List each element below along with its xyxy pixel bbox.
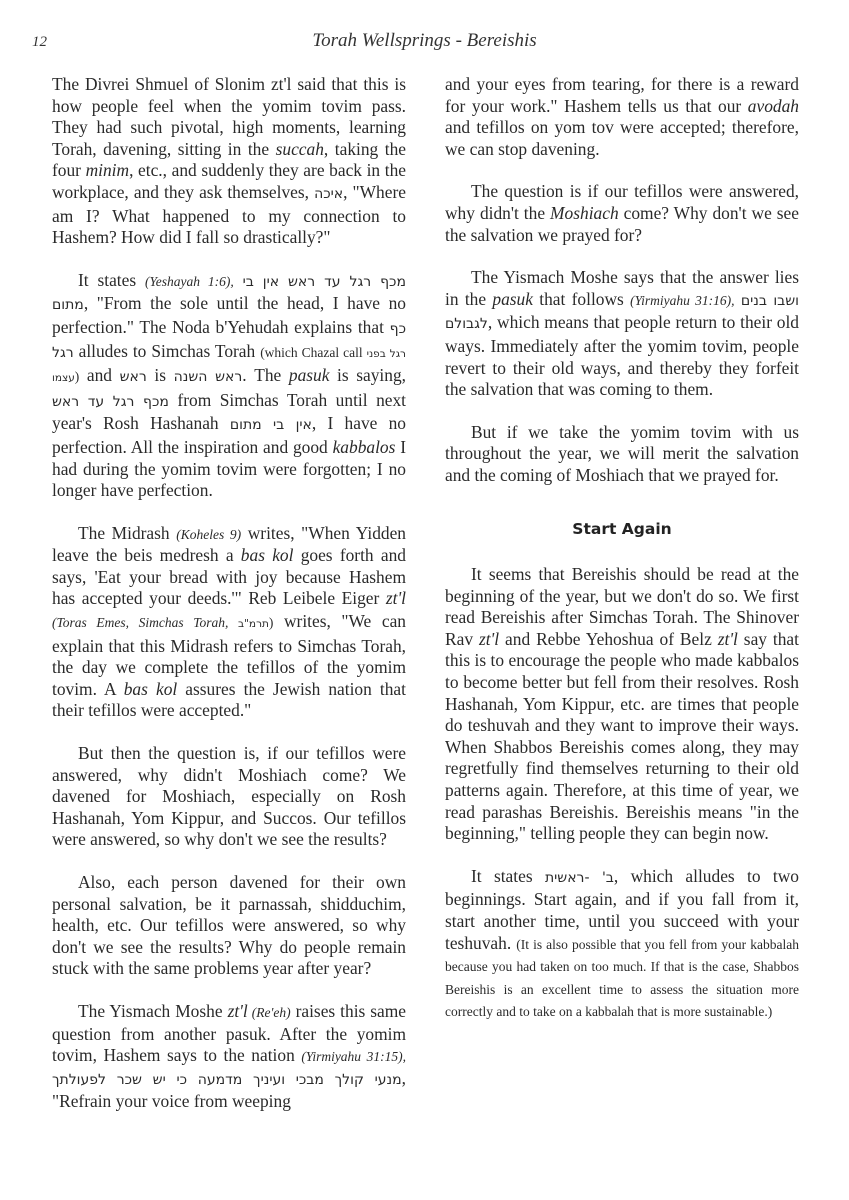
text: is [147,365,174,385]
citation: (Re'eh) [248,1005,291,1020]
page-header: 12 Torah Wellsprings - Bereishis [0,30,849,58]
citation: (Yirmiyahu 31:16), [630,293,734,308]
text: It states [78,270,145,290]
italic-term: kabbalos [333,437,396,457]
text: The Yismach Moshe [78,1001,228,1021]
text: . The [242,365,289,385]
paragraph: The Divrei Shmuel of Slonim zt'l said th… [52,74,406,249]
text: and tefillos on yom tov were accepted; t… [445,117,799,159]
text: say that this is to encourage the people… [445,629,799,843]
italic-term: succah [276,139,324,159]
text: , which means that people return to thei… [445,312,799,399]
text: It states [471,866,545,886]
section-heading: Start Again [445,519,799,541]
hebrew-text: תרמ"ב [238,618,269,630]
citation: (Yirmiyahu 31:15), [301,1049,406,1064]
running-title: Torah Wellsprings - Bereishis [0,30,849,52]
citation: (Yeshayah 1:6), [145,274,234,289]
left-column: The Divrei Shmuel of Slonim zt'l said th… [52,74,406,1134]
right-column: and your eyes from tearing, for there is… [445,74,799,1044]
hebrew-text: ראש השנה [174,369,243,385]
hebrew-text: איכה [314,186,343,202]
italic-term: minim [86,160,129,180]
paragraph: The Yismach Moshe zt'l (Re'eh) raises th… [52,1001,406,1113]
text: and Rebbe Yehoshua of Belz [499,629,718,649]
paragraph: The question is if our tefillos were ans… [445,181,799,246]
text: that follows [533,289,630,309]
hebrew-text: מכף רגל עד ראש [52,394,169,410]
paragraph: It states ב' -ראשית, which alludes to tw… [445,866,799,1023]
citation: (Koheles 9) [176,527,241,542]
paragraph: But if we take the yomim tovim with us t… [445,422,799,487]
paragraph: It seems that Bereishis should be read a… [445,564,799,845]
text: and [79,365,119,385]
italic-term: zt'l [228,1001,248,1021]
italic-term: pasuk [289,365,330,385]
paragraph: The Yismach Moshe says that the answer l… [445,267,799,401]
paragraph: The Midrash (Koheles 9) writes, "When Yi… [52,523,406,722]
paragraph: But then the question is, if our tefillo… [52,743,406,851]
hebrew-text: ב' -ראשית [545,870,614,886]
hebrew-text: מנעי קולך מבכי ועיניך מדמעה כי יש שכר לפ… [52,1072,402,1088]
text: The Midrash [78,523,176,543]
italic-term: avodah [748,96,799,116]
italic-term: zt'l [718,629,738,649]
hebrew-text: ראש [120,369,147,385]
citation: (Toras Emes, Simchas Torah, [52,615,238,630]
paragraph: Also, each person davened for their own … [52,872,406,980]
italic-term: zt'l [386,588,406,608]
italic-term: pasuk [492,289,533,309]
hebrew-text: אין בי מתום [230,417,312,433]
paragraph: and your eyes from tearing, for there is… [445,74,799,160]
italic-term: bas kol [241,545,294,565]
text: and your eyes from tearing, for there is… [445,74,799,116]
italic-term: bas kol [124,679,177,699]
paragraph: It states (Yeshayah 1:6), מכף רגל עד ראש… [52,270,406,502]
parenthetical: (which Chazal call [260,345,366,360]
text: alludes to Simchas Torah [74,341,261,361]
italic-term: Moshiach [550,203,619,223]
text: , "From the sole until the head, I have … [52,293,406,337]
text: is saying, [329,365,406,385]
italic-term: zt'l [479,629,499,649]
